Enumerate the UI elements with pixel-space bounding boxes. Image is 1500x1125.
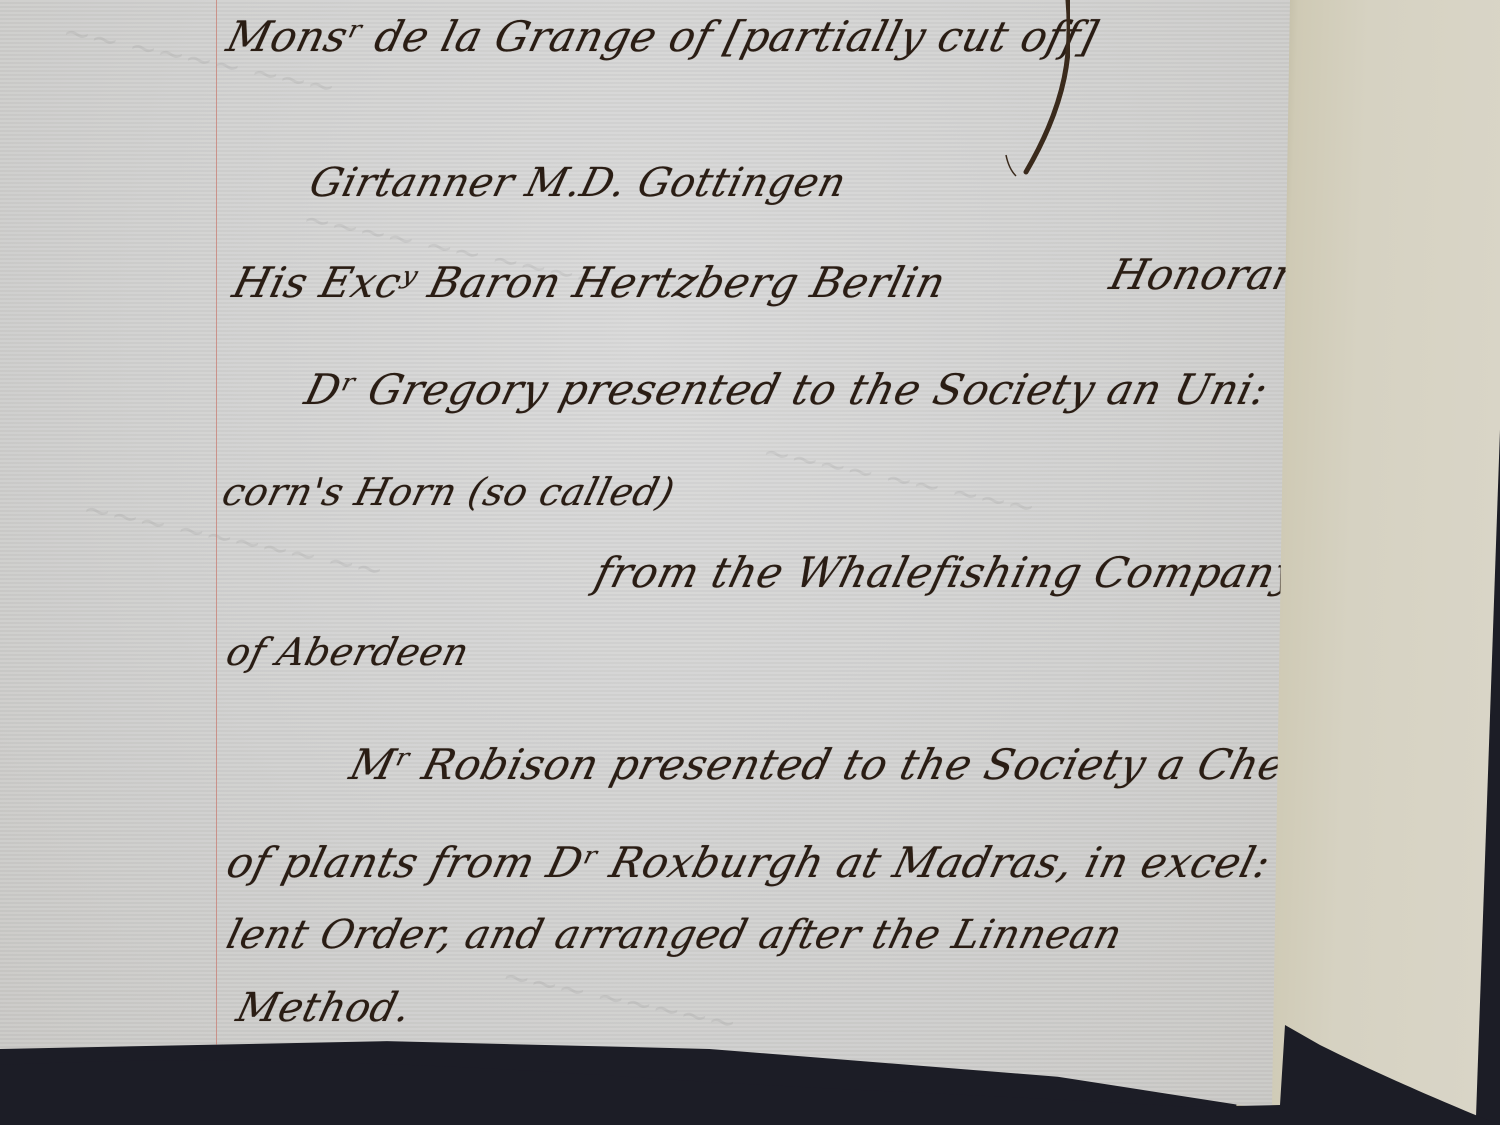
background-cloth bbox=[0, 985, 1500, 1125]
manuscript-line-5: corn's Horn (so called) bbox=[218, 470, 679, 514]
bleed-through-text: ~~~~ ~~ ~~~ bbox=[759, 432, 1039, 529]
manuscript-line-2: Girtanner M.D. Gottingen bbox=[305, 160, 851, 206]
manuscript-line-6: from the Whalefishing Company bbox=[590, 548, 1305, 597]
manuscript-line-1: Monsʳ de la Grange of [partially cut off… bbox=[222, 12, 1103, 61]
manuscript-line-8: Mʳ Robison presented to the Society a Ch… bbox=[345, 740, 1330, 789]
manuscript-page: ~~ ~~~~ ~~~ ~~~~ ~~ ~~~~ ~~~ ~~~~~ ~~ ~~… bbox=[0, 0, 1290, 1110]
manuscript-photo: ~~ ~~~~ ~~~ ~~~~ ~~ ~~~~ ~~~ ~~~~~ ~~ ~~… bbox=[0, 0, 1500, 1125]
grouping-bracket-stroke bbox=[990, 0, 1070, 180]
manuscript-line-9: of plants from Dʳ Roxburgh at Madras, in… bbox=[222, 838, 1276, 887]
margin-rule bbox=[216, 0, 217, 1060]
manuscript-line-10: lent Order, and arranged after the Linne… bbox=[222, 912, 1127, 958]
manuscript-line-3: His Excʸ Baron Hertzberg Berlin bbox=[228, 258, 951, 307]
manuscript-line-4: Dʳ Gregory presented to the Society an U… bbox=[300, 365, 1273, 414]
manuscript-line-7: of Aberdeen bbox=[222, 630, 474, 674]
